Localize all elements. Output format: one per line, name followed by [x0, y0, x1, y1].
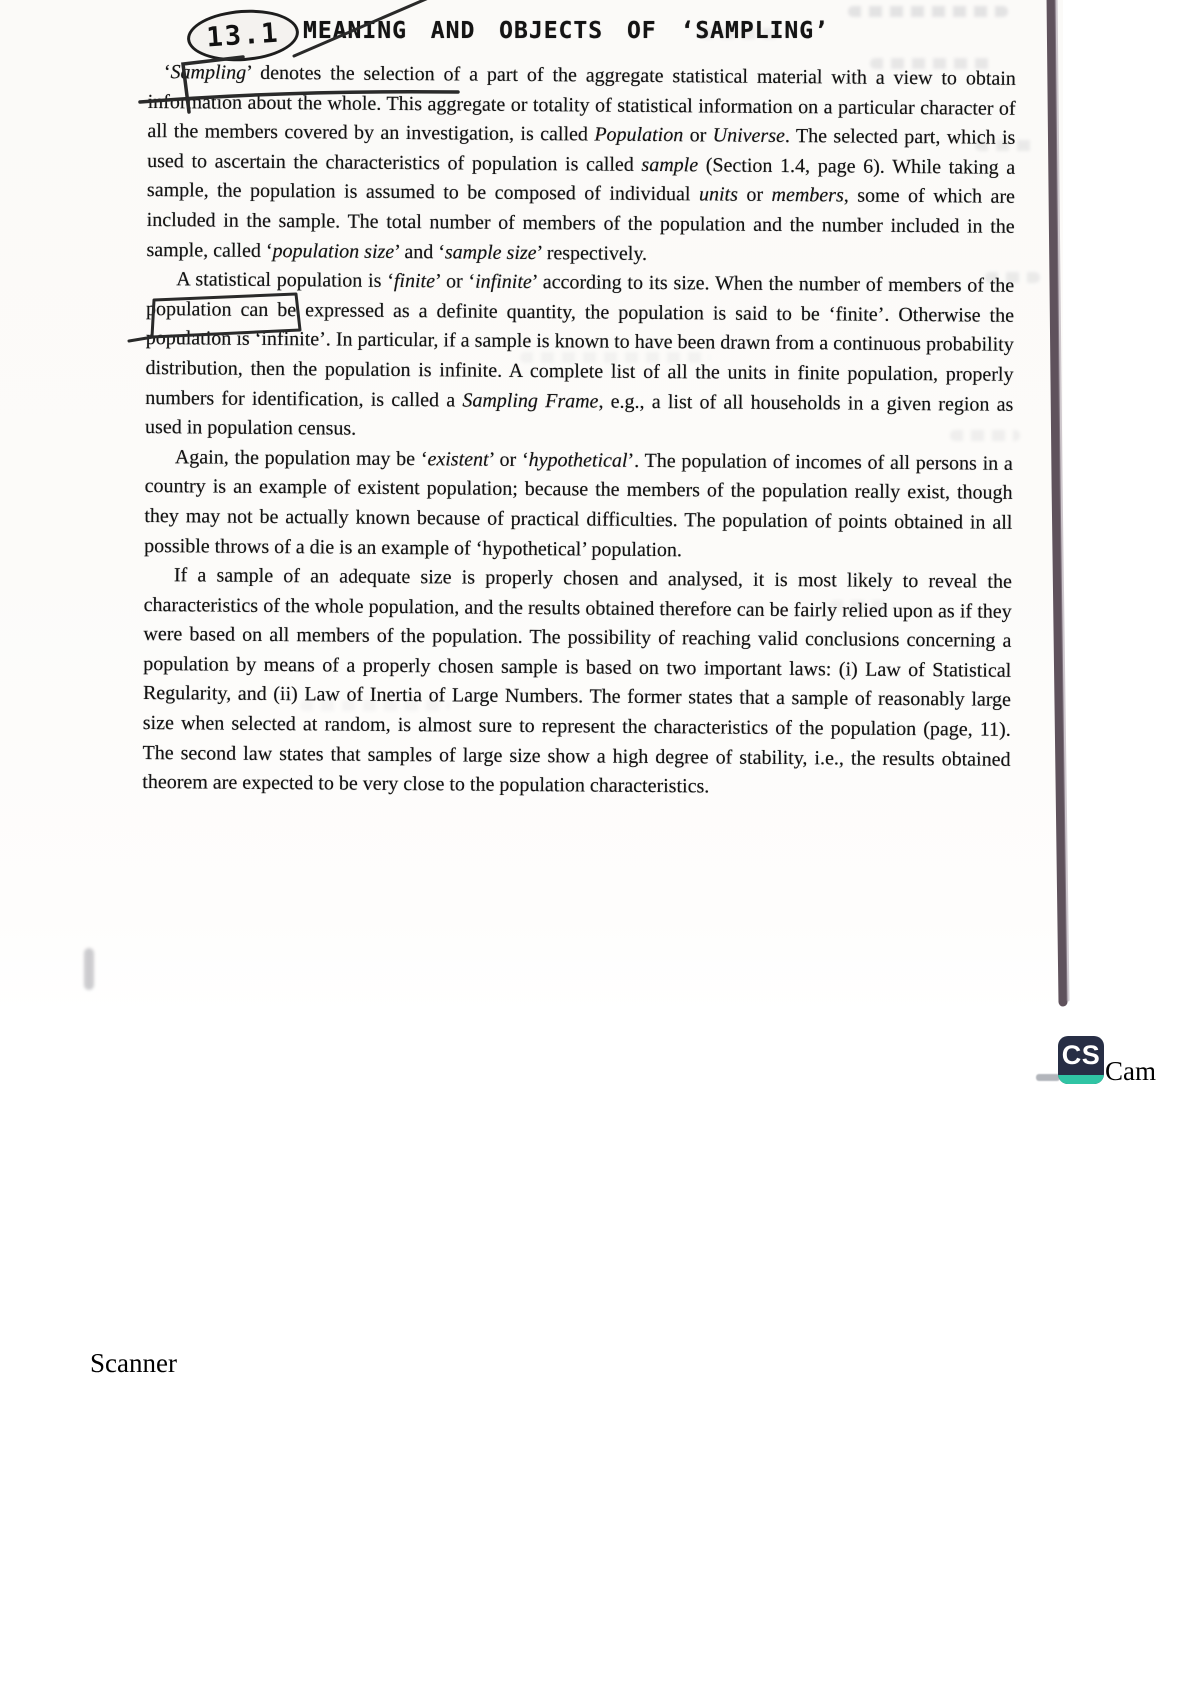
paragraph-2: A statistical population is ‘finite’ or …	[145, 265, 1014, 449]
scanned-document-page: 13.1 MEANING AND OBJECTS OF ‘SAMPLING’ ‘…	[0, 0, 1200, 1698]
scanner-label: Scanner	[90, 1348, 177, 1379]
camscanner-logo: CS	[1058, 1036, 1104, 1084]
camscanner-logo-cam-text: Cam	[1105, 1056, 1156, 1087]
paragraph-1: ‘Sampling’ denotes the selection of a pa…	[146, 58, 1016, 272]
page-edge-shadow	[1051, 0, 1063, 1002]
body-text: ‘Sampling’ denotes the selection of a pa…	[142, 58, 1016, 805]
section-number: 13.1	[205, 17, 280, 53]
logo-smear	[1036, 1074, 1060, 1081]
page-title: MEANING AND OBJECTS OF ‘SAMPLING’	[303, 18, 1043, 44]
page-edge-shadow-highlight	[1056, 0, 1068, 1000]
bleed-through-smudge	[848, 6, 1008, 17]
paragraph-3: Again, the population may be ‘existent’ …	[144, 443, 1013, 568]
camscanner-logo-cs-text: CS	[1062, 1040, 1101, 1071]
bleed-through-smudge	[84, 948, 94, 990]
section-number-badge: 13.1	[185, 6, 300, 65]
paragraph-4: If a sample of an adequate size is prope…	[142, 561, 1012, 805]
camscanner-logo-teal-bar	[1058, 1075, 1104, 1084]
